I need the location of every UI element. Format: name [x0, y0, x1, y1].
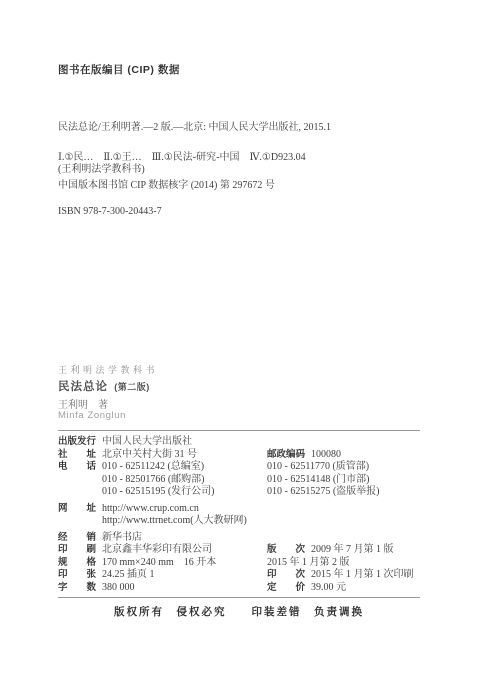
- cip-line-series: (王利明法学教科书): [58, 163, 331, 177]
- row-label: [58, 474, 102, 487]
- row-right-label: 版 次: [267, 544, 311, 557]
- row-label: 印 张: [58, 569, 102, 582]
- colophon-row-phone-3: 010 - 62515195 (发行公司)010 - 62515275 (盗版举…: [58, 486, 458, 499]
- row-label: 字 数: [58, 582, 102, 595]
- cip-line-bibliographic: 民法总论/王利明著.—2 版.—北京: 中国人民大学出版社, 2015.1: [58, 121, 331, 135]
- row-value: 新华书店: [102, 532, 267, 545]
- author-name: 王利明 著: [58, 396, 108, 411]
- colophon-row-website-1: 网 址http://www.crup.com.cn: [58, 503, 458, 516]
- row-value: 010 - 62515195 (发行公司): [102, 486, 267, 499]
- row-right-label: 邮政编码: [267, 449, 311, 462]
- row-value: http://www.ttrnet.com(人大教研网): [102, 515, 267, 528]
- colophon-row-printer: 印 刷北京鑫丰华彩印有限公司版 次2009 年 7 月第 1 版: [58, 544, 458, 557]
- row-label: [58, 515, 102, 528]
- row-right-value: 39.00 元: [311, 582, 346, 593]
- row-value: 010 - 62511242 (总编室): [102, 461, 267, 474]
- row-right-value: 2015 年 1 月第 2 版: [267, 557, 350, 568]
- row-value: 24.25 插页 1: [102, 569, 267, 582]
- book-title: 民法总论 (第二版): [58, 378, 150, 394]
- row-value: 380 000: [102, 582, 267, 595]
- row-value: 北京中关村大街 31 号: [102, 449, 267, 462]
- colophon-row-phone-1: 电 话010 - 62511242 (总编室)010 - 62511770 (质…: [58, 461, 458, 474]
- row-right-value: 010 - 62515275 (盗版举报): [267, 486, 380, 497]
- cip-title: 图书在版编目 (CIP) 数据: [58, 62, 180, 77]
- colophon-row-address: 社 址北京中关村大街 31 号邮政编码100080: [58, 449, 458, 462]
- isbn-line: ISBN 978-7-300-20443-7: [58, 205, 331, 219]
- colophon-row-website-2: http://www.ttrnet.com(人大教研网): [58, 515, 458, 528]
- copyright-page: 图书在版编目 (CIP) 数据 民法总论/王利明著.—2 版.—北京: 中国人民…: [0, 0, 478, 677]
- series-name: 王利明法学教科书: [58, 363, 158, 376]
- row-right-label: 定 价: [267, 582, 311, 595]
- colophon-row-publisher: 出版发行中国人民大学出版社: [58, 436, 458, 449]
- row-right-value: 2015 年 1 月第 1 次印刷: [311, 569, 414, 580]
- colophon-table: 出版发行中国人民大学出版社 社 址北京中关村大街 31 号邮政编码100080 …: [58, 436, 458, 594]
- row-label: 社 址: [58, 449, 102, 462]
- colophon-row-wordcount: 字 数380 000定 价39.00 元: [58, 582, 458, 595]
- row-right-value: 010 - 62514148 (门市部): [267, 474, 370, 485]
- cip-record-number: 中国版本图书馆 CIP 数据核字 (2014) 第 297672 号: [58, 176, 275, 191]
- copyright-notice: 版权所有 侵权必究 印装差错 负责调换: [58, 604, 420, 619]
- colophon-row-format: 规 格170 mm×240 mm 16 开本2015 年 1 月第 2 版: [58, 557, 458, 570]
- row-label: 印 刷: [58, 544, 102, 557]
- divider-top: [58, 430, 420, 431]
- row-label: 经 销: [58, 532, 102, 545]
- row-value: 170 mm×240 mm 16 开本: [102, 557, 267, 570]
- row-right-value: 100080: [311, 449, 341, 460]
- row-value: 010 - 82501766 (邮购部): [102, 474, 267, 487]
- row-value: 中国人民大学出版社: [102, 436, 267, 449]
- row-right-value: 010 - 62511770 (质管部): [267, 461, 369, 472]
- colophon-row-phone-2: 010 - 82501766 (邮购部)010 - 62514148 (门市部): [58, 474, 458, 487]
- cip-description: 民法总论/王利明著.—2 版.—北京: 中国人民大学出版社, 2015.1 (王…: [58, 93, 331, 247]
- row-label: 网 址: [58, 503, 102, 516]
- row-label: 出版发行: [58, 436, 102, 449]
- row-right-label: 印 次: [267, 569, 311, 582]
- divider-bottom: [58, 597, 420, 598]
- row-right-value: 2009 年 7 月第 1 版: [311, 544, 394, 555]
- row-value: http://www.crup.com.cn: [102, 503, 267, 516]
- row-label: 规 格: [58, 557, 102, 570]
- colophon-row-distributor: 经 销新华书店: [58, 532, 458, 545]
- row-label: [58, 486, 102, 499]
- edition-label: (第二版): [114, 382, 150, 392]
- book-title-main: 民法总论: [58, 381, 108, 393]
- colophon-row-sheets: 印 张24.25 插页 1印 次2015 年 1 月第 1 次印刷: [58, 569, 458, 582]
- row-value: 北京鑫丰华彩印有限公司: [102, 544, 267, 557]
- row-label: 电 话: [58, 461, 102, 474]
- classification-line: Ⅰ.①民… Ⅱ.①王… Ⅲ.①民法-研究-中国 Ⅳ.①D923.04: [58, 148, 306, 163]
- pinyin-title: Minfa Zonglun: [58, 410, 126, 421]
